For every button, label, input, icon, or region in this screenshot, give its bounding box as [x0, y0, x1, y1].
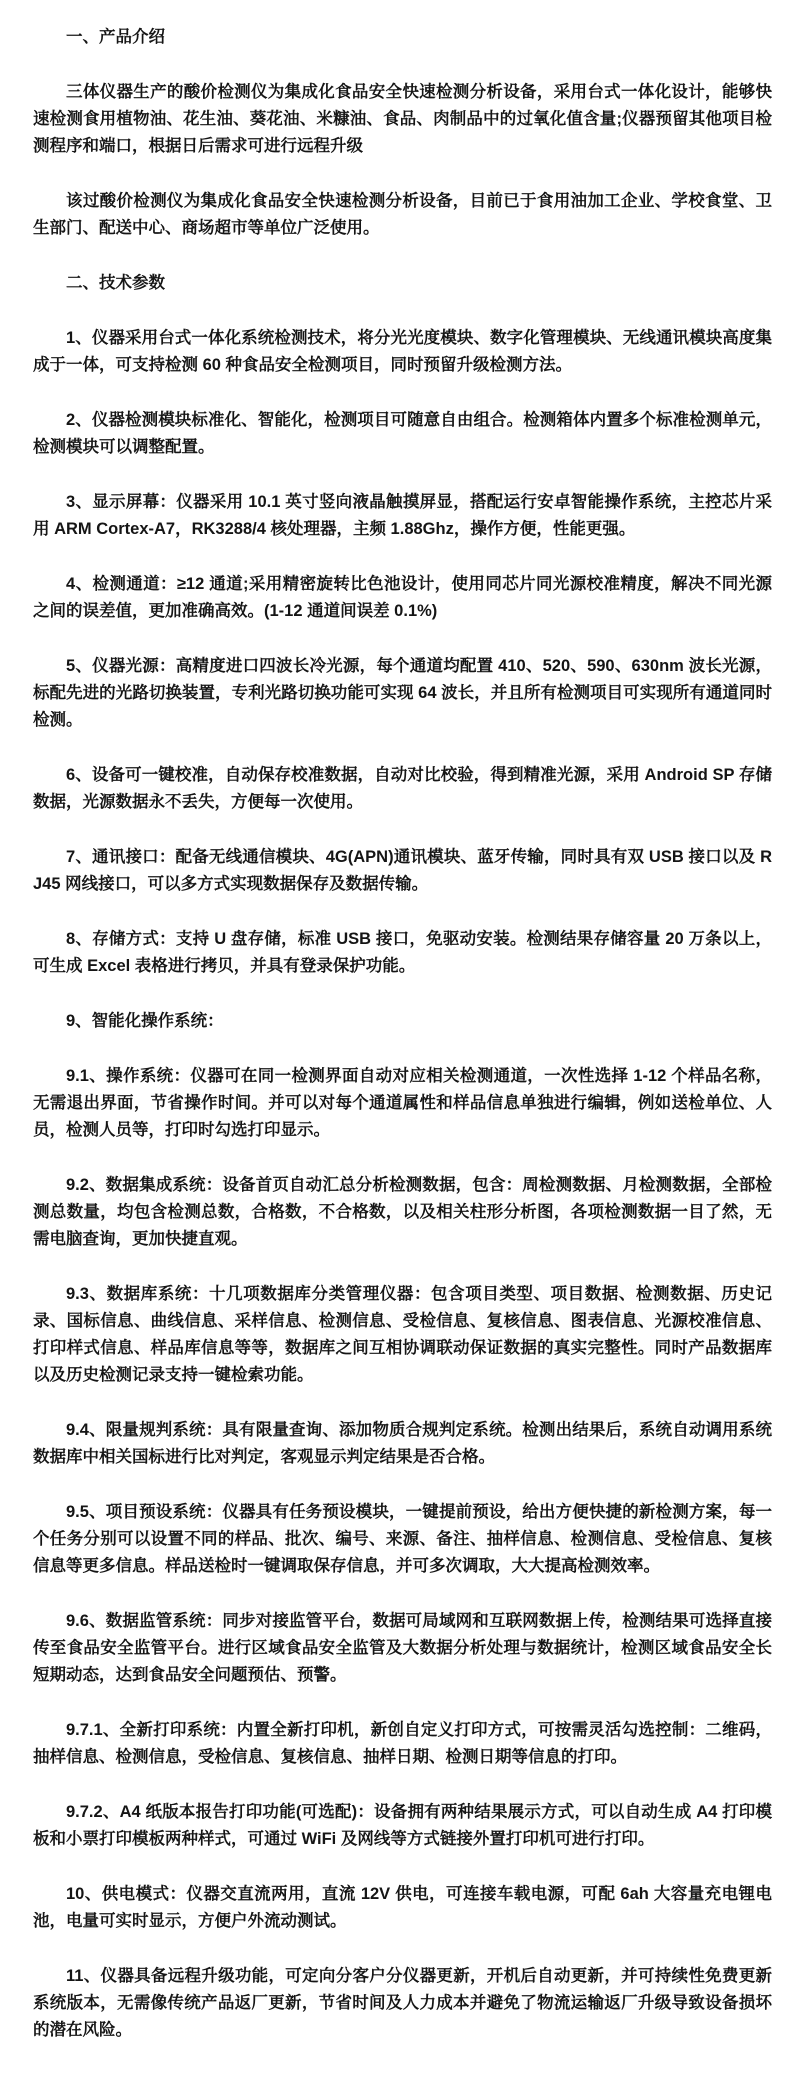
paragraph: 9.2、数据集成系统：设备首页自动汇总分析检测数据，包含：周检测数据、月检测数据…: [33, 1172, 772, 1253]
paragraph: 4、检测通道：≥12 通道;采用精密旋转比色池设计，使用同芯片同光源校准精度，解…: [33, 571, 772, 625]
paragraph: 9.1、操作系统：仪器可在同一检测界面自动对应相关检测通道，一次性选择 1-12…: [33, 1063, 772, 1144]
paragraph: 9.5、项目预设系统：仪器具有任务预设模块，一键提前预设，给出方便快捷的新检测方…: [33, 1499, 772, 1580]
paragraph: 5、仪器光源：高精度进口四波长冷光源，每个通道均配置 410、520、590、6…: [33, 653, 772, 734]
paragraph: 7、通讯接口：配备无线通信模块、4G(APN)通讯模块、蓝牙传输，同时具有双 U…: [33, 844, 772, 898]
paragraph: 1、仪器采用台式一体化系统检测技术，将分光光度模块、数字化管理模块、无线通讯模块…: [33, 325, 772, 379]
paragraph: 该过酸价检测仪为集成化食品安全快速检测分析设备，目前已于食用油加工企业、学校食堂…: [33, 188, 772, 242]
paragraph: 9.4、限量规判系统：具有限量查询、添加物质合规判定系统。检测出结果后，系统自动…: [33, 1417, 772, 1471]
section-heading: 一、产品介绍: [33, 24, 772, 51]
paragraph: 三体仪器生产的酸价检测仪为集成化食品安全快速检测分析设备，采用台式一体化设计，能…: [33, 79, 772, 160]
paragraph: 11、仪器具备远程升级功能，可定向分客户分仪器更新，开机后自动更新，并可持续性免…: [33, 1963, 772, 2044]
paragraph: 9.6、数据监管系统：同步对接监管平台，数据可局域网和互联网数据上传，检测结果可…: [33, 1608, 772, 1689]
paragraph: 10、供电模式：仪器交直流两用，直流 12V 供电，可连接车载电源，可配 6ah…: [33, 1881, 772, 1935]
paragraph: 8、存储方式：支持 U 盘存储，标准 USB 接口，免驱动安装。检测结果存储容量…: [33, 926, 772, 980]
paragraph: 9.7.2、A4 纸版本报告打印功能(可选配)：设备拥有两种结果展示方式，可以自…: [33, 1799, 772, 1853]
section-heading: 二、技术参数: [33, 270, 772, 297]
document-page: 一、产品介绍 三体仪器生产的酸价检测仪为集成化食品安全快速检测分析设备，采用台式…: [0, 0, 800, 2084]
paragraph: 9.7.1、全新打印系统：内置全新打印机，新创自定义打印方式，可按需灵活勾选控制…: [33, 1717, 772, 1771]
paragraph: 2、仪器检测模块标准化、智能化，检测项目可随意自由组合。检测箱体内置多个标准检测…: [33, 407, 772, 461]
paragraph: 3、显示屏幕：仪器采用 10.1 英寸竖向液晶触摸屏显，搭配运行安卓智能操作系统…: [33, 489, 772, 543]
paragraph: 6、设备可一键校准，自动保存校准数据，自动对比校验，得到精准光源，采用 Andr…: [33, 762, 772, 816]
paragraph: 9、智能化操作系统：: [33, 1008, 772, 1035]
paragraph: 9.3、数据库系统：十几项数据库分类管理仪器：包含项目类型、项目数据、检测数据、…: [33, 1281, 772, 1389]
